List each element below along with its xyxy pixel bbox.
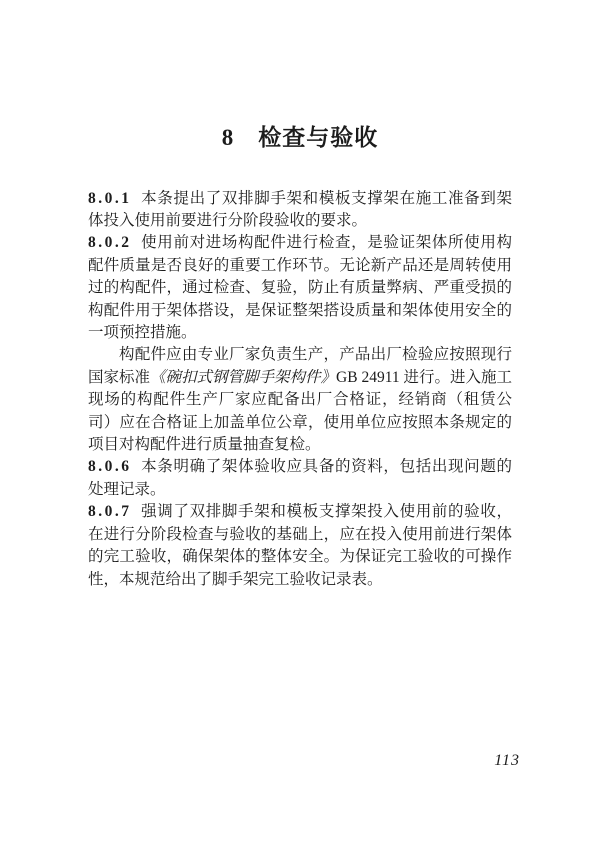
paragraph-text: 强调了双排脚手架和模板支撑架投入使用前的验收，在进行分阶段检查与验收的基础上，应… — [88, 503, 512, 587]
paragraph-text: 本条明确了架体验收应具备的资料，包括出现问题的处理记录。 — [88, 458, 512, 497]
clause-number: 8.0.7 — [88, 503, 132, 520]
clause-number: 8.0.2 — [88, 234, 132, 251]
clause-number: 8.0.1 — [88, 190, 132, 207]
paragraph: 8.0.2使用前对进场构配件进行检查，是验证架体所使用构配件质量是否良好的重要工… — [88, 232, 512, 344]
paragraph: 8.0.1本条提出了双排脚手架和模板支撑架在施工准备到架体投入使用前要进行分阶段… — [88, 188, 512, 233]
book-title: 《碗扣式钢管脚手架构件》 — [150, 369, 336, 386]
chapter-title: 8 检查与验收 — [0, 0, 600, 152]
paragraph-text: 本条提出了双排脚手架和模板支撑架在施工准备到架体投入使用前要进行分阶段验收的要求… — [88, 190, 512, 229]
paragraphs-container: 8.0.1本条提出了双排脚手架和模板支撑架在施工准备到架体投入使用前要进行分阶段… — [88, 188, 512, 591]
clause-number: 8.0.6 — [88, 458, 132, 475]
document-page: 8 检查与验收 8.0.1本条提出了双排脚手架和模板支撑架在施工准备到架体投入使… — [0, 0, 600, 848]
paragraph-text: 使用前对进场构配件进行检查，是验证架体所使用构配件质量是否良好的重要工作环节。无… — [88, 234, 512, 341]
paragraph: 8.0.7强调了双排脚手架和模板支撑架投入使用前的验收，在进行分阶段检查与验收的… — [88, 501, 512, 591]
paragraph: 构配件应由专业厂家负责生产，产品出厂检验应按照现行国家标准《碗扣式钢管脚手架构件… — [88, 344, 512, 456]
page-number: 113 — [494, 752, 520, 770]
paragraph: 8.0.6本条明确了架体验收应具备的资料，包括出现问题的处理记录。 — [88, 456, 512, 501]
